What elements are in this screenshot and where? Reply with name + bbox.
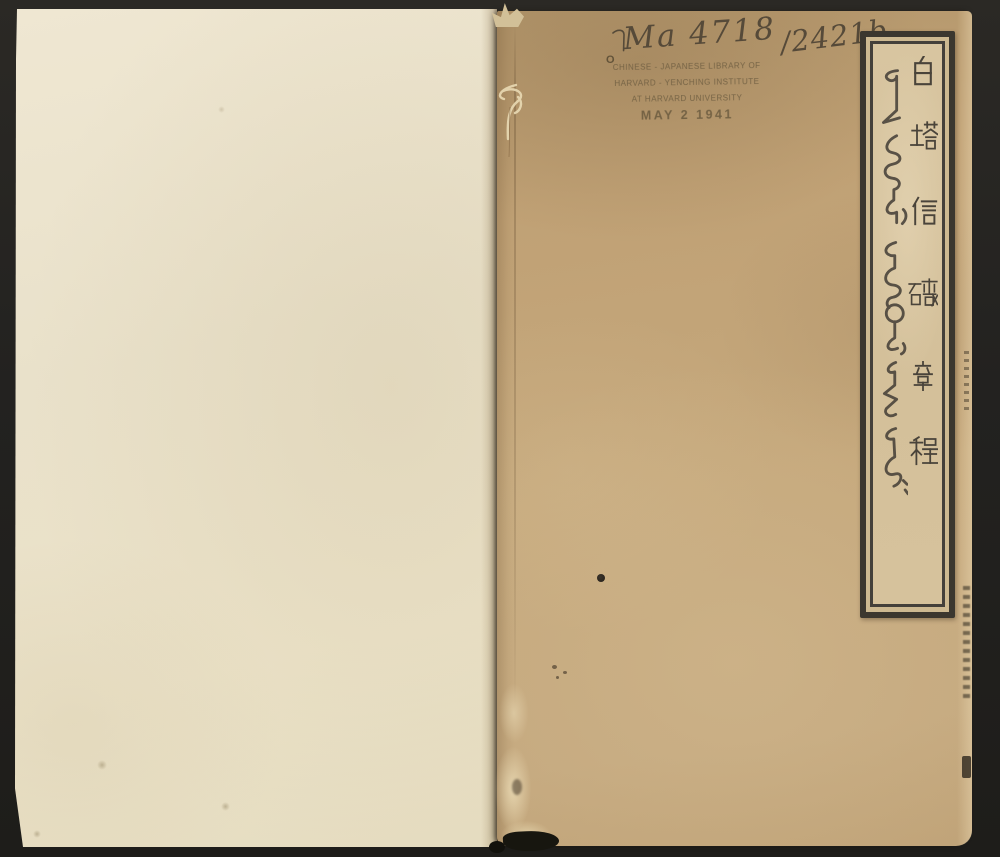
worn-patch — [499, 683, 529, 743]
manchu-script-column — [874, 50, 908, 520]
title-char — [908, 121, 938, 151]
age-spot — [97, 760, 107, 770]
age-spot — [33, 830, 41, 838]
title-char — [908, 361, 938, 391]
title-char — [908, 436, 938, 466]
title-label: 白塔信礮章程 — [860, 31, 955, 618]
book-cover: Ma 4718/2421b O CHINESE - JAPANESE LIBRA… — [497, 11, 972, 846]
stain-speck — [563, 671, 567, 674]
title-char — [908, 56, 938, 86]
library-stamp: CHINESE - JAPANESE LIBRARY OF HARVARD - … — [601, 58, 774, 124]
left-blank-page — [15, 9, 497, 847]
title-label-border — [860, 31, 955, 618]
edge-wear — [962, 756, 971, 778]
fore-edge-highlight — [957, 11, 972, 846]
ink-dot — [597, 574, 605, 582]
call-number: Ma 4718/2421b — [622, 9, 888, 54]
call-number-part1: Ma 4718 — [622, 11, 777, 58]
stain-speck — [552, 665, 557, 669]
edge-wear — [964, 351, 969, 411]
dark-wear-mark — [489, 841, 505, 853]
age-spot — [221, 802, 230, 811]
stamp-date: MAY 2 1941 — [601, 106, 773, 124]
book-photograph: Ma 4718/2421b O CHINESE - JAPANESE LIBRA… — [0, 0, 1000, 857]
title-char — [908, 278, 938, 308]
binding-thread — [494, 67, 536, 159]
title-label-paper — [870, 41, 945, 607]
age-spot — [218, 106, 225, 113]
stain-spot — [512, 779, 522, 795]
title-char — [908, 196, 938, 226]
stain-speck — [556, 676, 559, 679]
edge-wear — [963, 586, 970, 701]
dark-wear-mark — [503, 830, 560, 853]
